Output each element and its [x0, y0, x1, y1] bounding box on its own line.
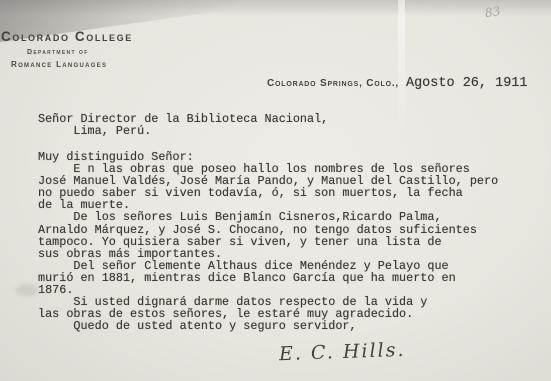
letter-body: Muy distinguido Señor: E n las obras que… — [38, 151, 498, 332]
dateline-place: Colorado Springs, Colo., — [267, 78, 399, 89]
paper-smudge — [16, 284, 38, 296]
dateline-date: Agosto 26, 1911 — [406, 76, 528, 91]
recipient-address: Señor Director de la Biblioteca Nacional… — [38, 113, 328, 137]
pencil-annotation: 83 — [484, 4, 501, 20]
letterhead-department-of: Department of — [27, 49, 89, 56]
paper-fold-mark — [398, 0, 405, 135]
scanned-letter: 83 Colorado College Department of Romanc… — [0, 0, 551, 381]
handwritten-signature: E. C. Hills. — [279, 339, 406, 365]
letterhead-romance-languages: Romance Languages — [11, 60, 107, 69]
letterhead-college-name: Colorado College — [1, 29, 133, 44]
scan-top-shadow — [0, 0, 551, 16]
dateline: Colorado Springs, Colo., Agosto 26, 1911 — [267, 76, 528, 91]
